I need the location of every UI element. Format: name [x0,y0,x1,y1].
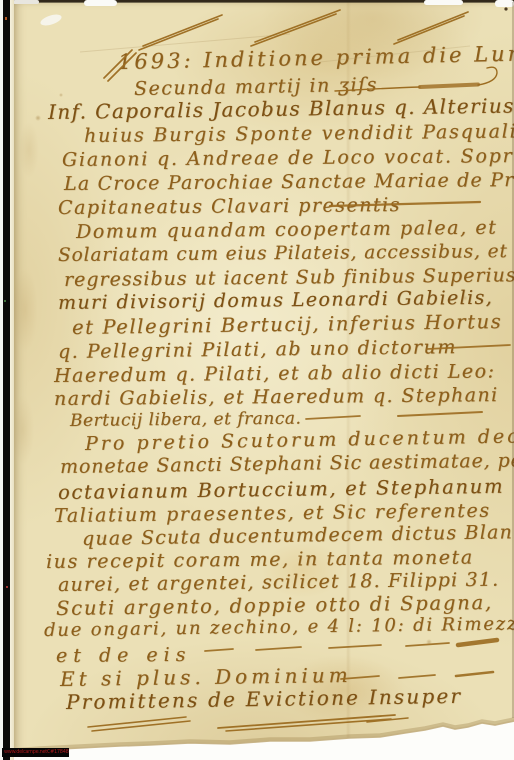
manuscript-line: huius Burgis Sponte vendidit Pasqualino [84,120,514,147]
scan-noise-speck [5,17,7,20]
manuscript-line: et de eis [56,644,192,667]
manuscript-line: Bertucij libera, et franca. [70,409,302,431]
scanner-edge-black [3,0,10,760]
manuscript-line: Haeredum q. Pilati, et ab alio dicti Leo… [54,360,496,387]
scan-noise-speck [4,300,6,302]
scan-noise-speck [6,586,8,588]
manuscript-line: Solariatam cum eius Pilateis, accessibus… [58,241,508,266]
manuscript-line: Capitaneatus Clavari presentis [58,194,401,219]
watermark-code: C#17848 [47,748,69,757]
manuscript-scan: 1693: Inditione prima die Lune Secunda m… [0,0,514,760]
manuscript-line: Domum quandam coopertam palea, et [76,217,498,243]
manuscript-line: nardi Gabielis, et Haeredum q. Stephani [54,384,499,410]
watermark-bar: www.delcampe.net C#17848 [2,748,69,757]
underlying-page-edge [10,0,14,760]
watermark-site: www.delcampe.net [4,748,47,757]
manuscript-line: La Croce Parochiae Sanctae Mariae de Pra… [64,169,514,195]
manuscript-line: Gianoni q. Andreae de Loco vocat. Sopra [62,145,514,171]
